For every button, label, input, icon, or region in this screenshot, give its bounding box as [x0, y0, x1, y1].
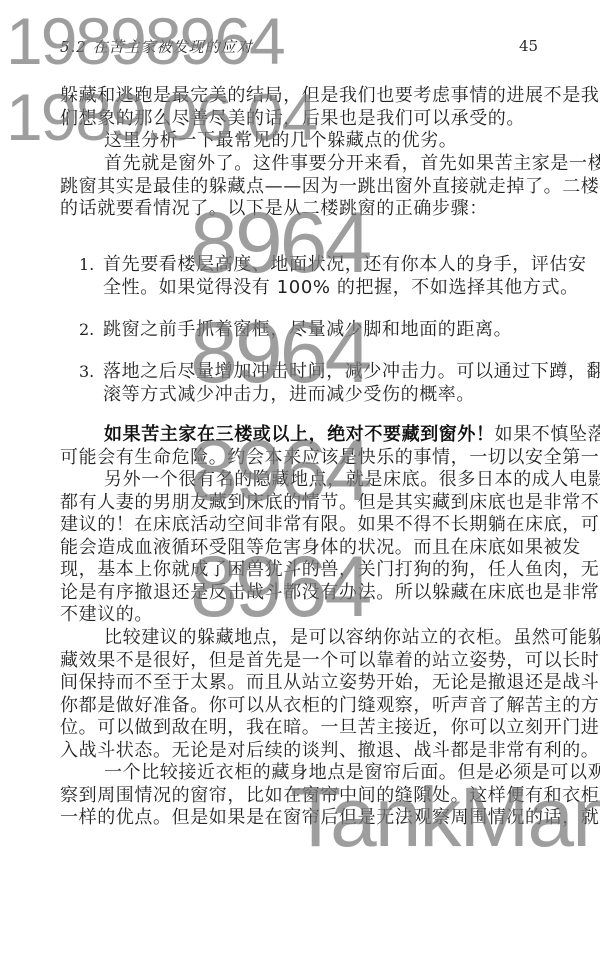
body-line: 入战斗状态。无论是对后续的谈判、撤退、战斗都是非常有利的。: [60, 740, 540, 762]
warning-bold-text: 如果苦主家在三楼或以上，绝对不要藏到窗外！: [104, 424, 495, 445]
body-line: 能会造成血液循环受阻等危害身体的状况。而且在床底如果被发: [60, 537, 540, 559]
body-line: 们想象的那么尽善尽美的话，后果也是我们可以承受的。: [60, 108, 540, 130]
list-number: 1.: [79, 254, 94, 276]
body-line: 的话就要看情况了。以下是从二楼跳窗的正确步骤：: [60, 198, 540, 220]
list-item-line: 跳窗之前手抓着窗框，尽量减少脚和地面的距离。: [103, 319, 540, 341]
body-line: 藏效果不是很好，但是首先是一个可以靠着的站立姿势，可以长时: [60, 650, 540, 672]
list-item-line: 滚等方式减少冲击力，进而减少受伤的概率。: [103, 384, 540, 406]
body-line: 这里分析一下最常见的几个躲藏点的优劣。: [104, 130, 540, 152]
body-line: 建议的！在床底活动空间非常有限。如果不得不长期躺在床底，可: [60, 514, 540, 536]
body-line: 比较建议的躲藏地点，是可以容纳你站立的衣柜。虽然可能躲: [104, 627, 540, 649]
body-line: 都有人妻的男朋友藏到床底的情节。但是其实藏到床底也是非常不: [60, 492, 540, 514]
list-number: 2.: [79, 319, 94, 341]
book-page: 5.2 在苦主家被发现的应对 45 躲藏和逃跑是最完美的结局，但是我们也要考虑事…: [0, 0, 600, 960]
body-line: 跳窗其实是最佳的躲藏点——因为一跳出窗外直接就走掉了。二楼: [60, 176, 540, 198]
body-line: 一样的优点。但是如果是在窗帘后但是无法观察周围情况的话，就: [60, 807, 540, 829]
body-line: 躲藏和逃跑是最完美的结局，但是我们也要考虑事情的进展不是我: [60, 85, 540, 107]
running-header-section-title: 5.2 在苦主家被发现的应对: [60, 36, 253, 58]
list-number: 3.: [79, 361, 94, 383]
body-line: 不建议的。: [60, 604, 540, 626]
warning-rest-text: 如果不慎坠落，: [495, 424, 600, 445]
body-line: 一个比较接近衣柜的藏身地点是窗帘后面。但是必须是可以观: [104, 762, 540, 784]
body-line: 位。可以做到敌在明，我在暗。一旦苦主接近，你可以立刻开门进: [60, 717, 540, 739]
body-line: 首先就是窗外了。这件事要分开来看，首先如果苦主家是一楼，: [104, 153, 540, 175]
page-number: 45: [519, 37, 538, 55]
body-line: 间保持而不至于太累。而且从站立姿势开始，无论是撤退还是战斗，: [60, 672, 540, 694]
body-line: 可能会有生命危险。约会本来应该是快乐的事情，一切以安全第一。: [60, 447, 540, 469]
list-item-line: 全性。如果觉得没有 100% 的把握，不如选择其他方式。: [103, 277, 540, 299]
warning-line: 如果苦主家在三楼或以上，绝对不要藏到窗外！如果不慎坠落，: [104, 424, 540, 446]
body-line: 现，基本上你就成了困兽犹斗的兽，关门打狗的狗，任人鱼肉，无: [60, 559, 540, 581]
list-item-line: 落地之后尽量增加冲击时间，减少冲击力。可以通过下蹲，翻: [103, 361, 540, 383]
body-line: 你都是做好准备。你可以从衣柜的门缝观察，听声音了解苦主的方: [60, 695, 540, 717]
body-line: 论是有序撤退还是反击战斗都没有办法。所以躲藏在床底也是非常: [60, 582, 540, 604]
body-line: 另外一个很有名的隐藏地点，就是床底。很多日本的成人电影，: [104, 469, 540, 491]
body-line: 察到周围情况的窗帘，比如在窗帘中间的缝隙处。这样便有和衣柜: [60, 785, 540, 807]
list-item-line: 首先要看楼层高度、地面状况，还有你本人的身手，评估安: [103, 254, 540, 276]
